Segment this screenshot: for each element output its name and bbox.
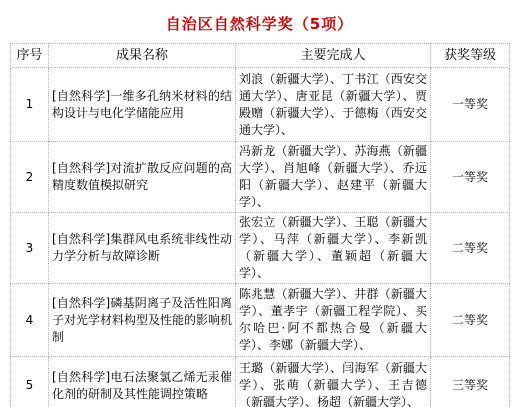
row-number: 3 [11,213,49,284]
contributors: 刘浪（新疆大学）、丁书江（西安交通大学）、唐亚昆（新疆大学）、贾殿赠（新疆大学）… [236,68,431,142]
header-row: 序号 成果名称 主要完成人 获奖等级 [11,44,510,68]
award-level: 三等奖 [431,357,510,407]
table-row: 5 [自然科学]电石法聚氯乙烯无汞催化剂的研制及其性能调控策略 王璐（新疆大学）… [11,357,510,407]
table-row: 2 [自然科学]对流扩散反应问题的高精度数值模拟研究 冯新龙（新疆大学）、苏海燕… [11,142,510,213]
achievement-name: [自然科学]一维多孔纳米材料的结构设计与电化学储能应用 [49,68,236,142]
header-name: 成果名称 [49,44,236,68]
header-level: 获奖等级 [431,44,510,68]
header-no: 序号 [11,44,49,68]
achievement-name: [自然科学]磷基阴离子及活性阳离子对光学材料构型及性能的影响机制 [49,284,236,357]
contributors: 王璐（新疆大学）、闫海军（新疆大学）、张萌（新疆大学）、王吉德（新疆大学）、杨超… [236,357,431,407]
award-level: 一等奖 [431,68,510,142]
award-table: 序号 成果名称 主要完成人 获奖等级 1 [自然科学]一维多孔纳米材料的结构设计… [10,43,510,407]
table-row: 3 [自然科学]集群风电系统非线性动力学分析与故障诊断 张宏立（新疆大学）、王聪… [11,213,510,284]
row-number: 5 [11,357,49,407]
award-level: 二等奖 [431,213,510,284]
row-number: 1 [11,68,49,142]
table-row: 4 [自然科学]磷基阴离子及活性阳离子对光学材料构型及性能的影响机制 陈兆慧（新… [11,284,510,357]
contributors: 张宏立（新疆大学）、王聪（新疆大学）、马萍（新疆大学）、李新凯（新疆大学）、董颖… [236,213,431,284]
header-contributors: 主要完成人 [236,44,431,68]
achievement-name: [自然科学]集群风电系统非线性动力学分析与故障诊断 [49,213,236,284]
award-level: 一等奖 [431,142,510,213]
row-number: 2 [11,142,49,213]
table-row: 1 [自然科学]一维多孔纳米材料的结构设计与电化学储能应用 刘浪（新疆大学）、丁… [11,68,510,142]
achievement-name: [自然科学]电石法聚氯乙烯无汞催化剂的研制及其性能调控策略 [49,357,236,407]
award-level: 二等奖 [431,284,510,357]
row-number: 4 [11,284,49,357]
contributors: 冯新龙（新疆大学）、苏海燕（新疆大学）、肖旭峰（新疆大学）、乔远阳（新疆大学）、… [236,142,431,213]
contributors: 陈兆慧（新疆大学）、井群（新疆大学）、董孝宇（新疆工程学院）、买尔哈巴·阿不都热… [236,284,431,357]
document-page: 自治区自然科学奖（5项） 序号 成果名称 主要完成人 获奖等级 1 [自然科学]… [0,0,519,407]
page-title: 自治区自然科学奖（5项） [0,0,519,34]
achievement-name: [自然科学]对流扩散反应问题的高精度数值模拟研究 [49,142,236,213]
